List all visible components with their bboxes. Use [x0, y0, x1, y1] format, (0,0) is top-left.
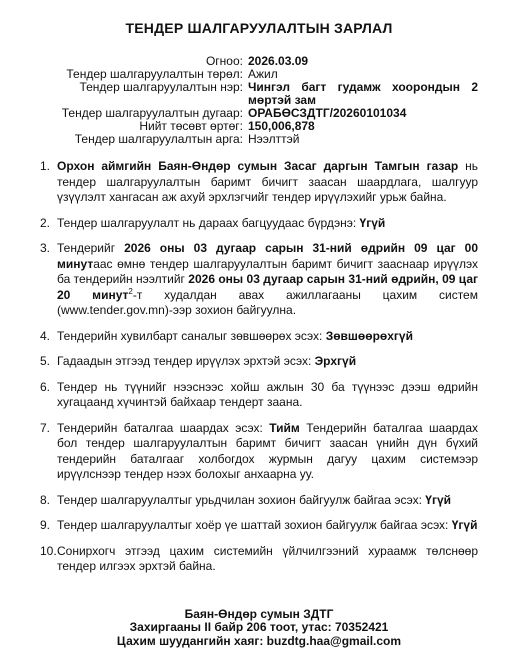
- footer: Баян-Өндөр сумын ЗДТГЗахиргааны II байр …: [40, 608, 478, 649]
- list-item-segment: Тендерийг: [57, 241, 124, 255]
- list-item-text: Тендер шалгаруулалт нь дараах багцуудаас…: [57, 216, 478, 232]
- list-item-text: Орхон аймгийн Баян-Өндөр сумын Засаг дар…: [57, 159, 478, 206]
- list-item-segment: Сонирхогч этгээд цахим системийн үйлчилг…: [57, 544, 478, 574]
- meta-row: Тендер шалгаруулалтын арга:Нээлттэй: [40, 133, 478, 146]
- list-item-text: Гадаадын этгээд тендер ирүүлэх эрхтэй эс…: [57, 354, 478, 370]
- list-item-segment: Үгүй: [425, 493, 451, 507]
- document-page: ТЕНДЕР ШАЛГАРУУЛАЛТЫН ЗАРЛАЛ Огноо:2026.…: [0, 0, 518, 662]
- meta-label: Тендер шалгаруулалтын арга:: [40, 133, 243, 146]
- meta-row: Тендер шалгаруулалтын нэр:Чингэл багт гу…: [40, 81, 478, 107]
- list-item-text: Тендерийн хувилбарт саналыг зөвшөөрөх эс…: [57, 329, 478, 345]
- list-item: 1.Орхон аймгийн Баян-Өндөр сумын Засаг д…: [40, 159, 478, 206]
- list-item-segment: Гадаадын этгээд тендер ирүүлэх эрхтэй эс…: [57, 354, 315, 368]
- list-item-number: 10.: [40, 544, 57, 575]
- list-item-segment: Тендер шалгаруулалтыг урьдчилан зохион б…: [57, 493, 425, 507]
- meta-value: Нээлттэй: [248, 133, 478, 146]
- meta-table: Огноо:2026.03.09Тендер шалгаруулалтын тө…: [40, 55, 478, 146]
- list-item: 3.Тендерийг 2026 оны 03 дугаар сарын 31-…: [40, 241, 478, 319]
- meta-value: Чингэл багт гудамж хоорондын 2 мөртэй за…: [248, 81, 478, 107]
- list-item-segment: Орхон аймгийн Баян-Өндөр сумын Засаг дар…: [57, 159, 458, 173]
- list-item: 4.Тендерийн хувилбарт саналыг зөвшөөрөх …: [40, 329, 478, 345]
- list-item-text: Тендер шалгаруулалтыг хоёр үе шаттай зох…: [57, 518, 478, 534]
- list-item: 7.Тендерийн баталгаа шаардах эсэх: Тийм …: [40, 421, 478, 483]
- list-item-number: 8.: [40, 493, 57, 509]
- list-item-text: Тендерийн баталгаа шаардах эсэх: Тийм Те…: [57, 421, 478, 483]
- footer-line: Баян-Өндөр сумын ЗДТГ: [40, 608, 478, 622]
- list-item-text: Тендер шалгаруулалтыг урьдчилан зохион б…: [57, 493, 478, 509]
- list-item-segment: Тендер шалгаруулалтыг хоёр үе шаттай зох…: [57, 518, 452, 532]
- list-item-segment: Тендерийн баталгаа шаардах эсэх:: [57, 421, 269, 435]
- page-title: ТЕНДЕР ШАЛГАРУУЛАЛТЫН ЗАРЛАЛ: [40, 21, 478, 35]
- list-item-segment: Эрхгүй: [315, 354, 356, 368]
- list-item-segment: Үгүй: [360, 216, 386, 230]
- list-item-text: Сонирхогч этгээд цахим системийн үйлчилг…: [57, 544, 478, 575]
- list-item: 6.Тендер нь түүнийг нээснээс хойш ажлын …: [40, 380, 478, 411]
- list-item: 5.Гадаадын этгээд тендер ирүүлэх эрхтэй …: [40, 354, 478, 370]
- list-item: 2.Тендер шалгаруулалт нь дараах багцууда…: [40, 216, 478, 232]
- list-item-segment: Тендер нь түүнийг нээснээс хойш ажлын 30…: [57, 380, 478, 410]
- list-item-segment: Тендерийн хувилбарт саналыг зөвшөөрөх эс…: [57, 329, 326, 343]
- list-item: 9.Тендер шалгаруулалтыг хоёр үе шаттай з…: [40, 518, 478, 534]
- list-item-text: Тендерийг 2026 оны 03 дугаар сарын 31-ни…: [57, 241, 478, 319]
- footer-line: Цахим шуудангийн хаяг: buzdtg.haa@gmail.…: [40, 635, 478, 649]
- list-item-number: 2.: [40, 216, 57, 232]
- list-item-number: 6.: [40, 380, 57, 411]
- list-item-number: 1.: [40, 159, 57, 206]
- list-item-number: 7.: [40, 421, 57, 483]
- list-item-segment: Тийм: [269, 421, 300, 435]
- meta-value: 2026.03.09: [248, 55, 478, 68]
- list-item-number: 9.: [40, 518, 57, 534]
- list-item-segment: Тендер шалгаруулалт нь дараах багцуудаас…: [57, 216, 360, 230]
- list-item-number: 4.: [40, 329, 57, 345]
- tender-list: 1.Орхон аймгийн Баян-Өндөр сумын Засаг д…: [40, 159, 478, 575]
- list-item-number: 5.: [40, 354, 57, 370]
- footer-line: Захиргааны II байр 206 тоот, утас: 70352…: [40, 621, 478, 635]
- list-item: 10.Сонирхогч этгээд цахим системийн үйлч…: [40, 544, 478, 575]
- list-item-number: 3.: [40, 241, 57, 319]
- list-item-segment: Зөвшөөрөхгүй: [326, 329, 413, 343]
- list-item-text: Тендер нь түүнийг нээснээс хойш ажлын 30…: [57, 380, 478, 411]
- meta-label: Тендер шалгаруулалтын нэр:: [40, 81, 243, 107]
- list-item-segment: Үгүй: [452, 518, 478, 532]
- list-item: 8.Тендер шалгаруулалтыг урьдчилан зохион…: [40, 493, 478, 509]
